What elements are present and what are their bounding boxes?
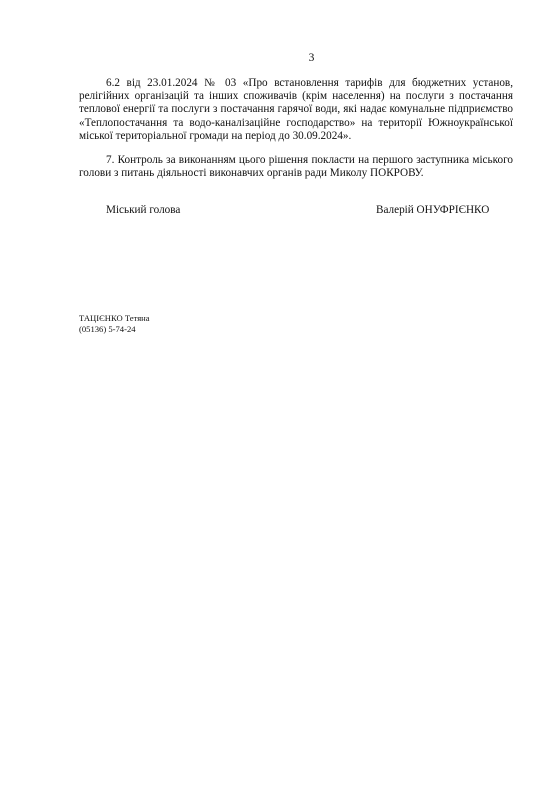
signature-name: Валерій ОНУФРІЄНКО — [376, 204, 489, 216]
paragraph-line: 7. Контроль за виконанням цього рішення … — [79, 154, 513, 167]
page-number: 3 — [0, 52, 555, 64]
paragraph-6-2: 6.2 від 23.01.2024 № 03 «Про встановленн… — [79, 77, 513, 143]
contact-block: ТАЦІЄНКО Тетяна (05136) 5-74-24 — [79, 313, 150, 335]
contact-phone: (05136) 5-74-24 — [79, 324, 150, 335]
paragraph-line: теплової енергії та послуги з постачання… — [79, 103, 513, 116]
paragraph-line: «Теплопостачання та водо-каналізаційне г… — [79, 117, 513, 130]
document-page: 3 6.2 від 23.01.2024 № 03 «Про встановле… — [0, 0, 555, 785]
paragraph-line: міської територіальної громади на період… — [79, 130, 513, 143]
paragraph-line: 6.2 від 23.01.2024 № 03 «Про встановленн… — [79, 77, 513, 90]
signature-position: Міський голова — [106, 204, 180, 216]
paragraph-line: голови з питань діяльності виконавчих ор… — [79, 167, 513, 180]
paragraph-7: 7. Контроль за виконанням цього рішення … — [79, 154, 513, 180]
contact-name: ТАЦІЄНКО Тетяна — [79, 313, 150, 324]
paragraph-line: релігійних організацій та інших споживач… — [79, 90, 513, 103]
